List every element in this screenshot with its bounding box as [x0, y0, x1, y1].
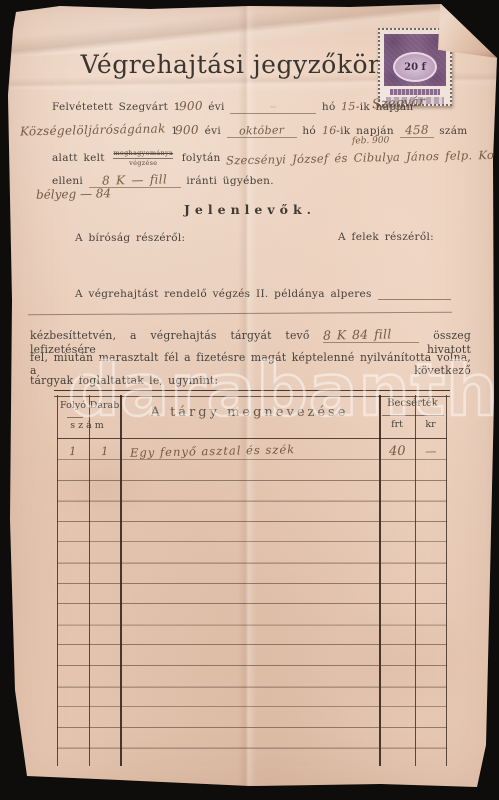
cell-description: [120, 605, 379, 624]
cell-darab: [89, 502, 120, 521]
printed-text: évi: [205, 125, 221, 137]
form-line-date: Felvétetett Szegvárt 1900 évi ~ hó 15-ik…: [52, 99, 414, 114]
cell-darab: [89, 625, 120, 644]
table-row: [57, 645, 447, 666]
cell-description: [120, 708, 379, 727]
form-line-authority: Községelöljáróságának 1900 évi október h…: [20, 123, 468, 138]
cell-kr: [415, 729, 447, 748]
body-paragraph-line3: tárgyak foglaltattak le, ugymint:: [30, 374, 471, 387]
header-subrule: [382, 415, 444, 416]
cell-kr: [415, 646, 447, 665]
cell-folyo: [57, 687, 89, 706]
handwritten-note: feb. 900: [352, 136, 390, 147]
handwritten-place: Szegvár: [372, 95, 426, 113]
parties-side-label: A felek részéről:: [338, 231, 434, 243]
dog-ear-corner-fold: [438, 2, 497, 59]
seizure-table: Folyó Darab szám A tárgy megnevezése Bec…: [57, 392, 447, 770]
cell-kr: [415, 543, 447, 562]
cell-frt: [379, 687, 415, 706]
cell-folyo: [57, 625, 89, 644]
option-kept: végzése: [113, 159, 173, 167]
cell-description: [120, 502, 379, 521]
cell-folyo: [57, 605, 89, 624]
cell-folyo: [57, 502, 89, 521]
cell-darab: 1: [89, 440, 120, 459]
cell-darab: [89, 543, 120, 562]
header-dash: [67, 417, 83, 418]
cell-description: [120, 646, 379, 665]
table-row: [57, 481, 447, 502]
cell-folyo: [57, 563, 89, 582]
cell-darab: [89, 584, 120, 603]
cell-darab: [89, 563, 120, 582]
table-row: [57, 687, 447, 708]
cell-description: [120, 563, 379, 582]
form-line-parties: alatt kelt meghagyománya végzése folytán…: [52, 149, 499, 167]
printed-text: Felvétetett Szegvárt 1: [52, 101, 181, 113]
cell-kr: [415, 708, 447, 727]
cell-folyo: [57, 646, 89, 665]
cell-frt: [379, 605, 415, 624]
cell-darab: [89, 522, 120, 541]
cell-darab: [89, 460, 120, 479]
col-header-folyo: Folyó: [57, 400, 89, 411]
col-header-targy: A tárgy megnevezése: [120, 405, 379, 420]
cell-folyo: [57, 584, 89, 603]
cell-kr: [415, 687, 447, 706]
table-row: [57, 728, 447, 749]
order-copy-line: A végrehajtást rendelő végzés II. példán…: [75, 288, 451, 300]
cell-folyo: 1: [57, 440, 89, 459]
printed-option-stack: meghagyománya végzése: [113, 149, 173, 167]
handwritten-authority: Községelöljáróságának: [20, 121, 166, 138]
printed-text: szám: [439, 125, 467, 137]
col-header-kr: kr: [415, 419, 446, 430]
cell-kr: —: [415, 440, 447, 459]
table-row: [57, 584, 447, 605]
printed-text: iránti ügyében.: [186, 175, 273, 187]
table-row: 1 1 Egy fenyő asztal és szék 40 —: [57, 440, 447, 461]
cell-frt: 40: [379, 440, 415, 459]
table-row: [57, 501, 447, 522]
cell-folyo: [57, 667, 89, 686]
cell-kr: [415, 625, 447, 644]
cell-description: [120, 482, 379, 501]
blank-fill-line: [378, 288, 451, 300]
cell-folyo: [57, 543, 89, 562]
cell-folyo: [57, 482, 89, 501]
printed-text: A végrehajtást rendelő végzés II. példán…: [75, 288, 372, 300]
printed-text: évi: [208, 101, 224, 113]
cell-frt: [379, 563, 415, 582]
cell-description: [120, 460, 379, 479]
cell-kr: [415, 563, 447, 582]
cell-folyo: [57, 729, 89, 748]
handwritten-number: 458: [405, 123, 429, 137]
table-top-border: [54, 390, 450, 397]
option-struck: meghagyománya: [113, 149, 173, 159]
cell-folyo: [57, 460, 89, 479]
handwritten-amount: 8 K — fill: [102, 172, 167, 187]
cell-description: [120, 522, 379, 541]
court-side-label: A bíróság részéről:: [75, 232, 185, 244]
scanned-document: { "page": { "title": "Végrehajtási jegyz…: [0, 0, 499, 800]
cell-frt: [379, 543, 415, 562]
handwritten-scribble: ~: [269, 102, 278, 113]
cell-description: [120, 625, 379, 644]
document-paper: Végrehajtási jegyzőkönyv. 20 f Felvétete…: [0, 0, 499, 800]
printed-text: folytán: [182, 152, 221, 164]
cell-frt: [379, 482, 415, 501]
cell-frt: [379, 729, 415, 748]
blank-month-field: ~: [230, 101, 316, 114]
cell-darab: [89, 646, 120, 665]
handwritten-sum: 8 K 84 fill: [323, 326, 392, 342]
section-heading-present: Jelenlevők.: [30, 202, 470, 217]
table-row: [57, 563, 447, 584]
printed-text: alatt kelt: [52, 152, 105, 164]
cell-kr: [415, 667, 447, 686]
cell-description: Egy fenyő asztal és szék: [120, 440, 379, 459]
handwritten-day: 15: [341, 100, 356, 113]
table-row: [57, 522, 447, 543]
table-row: [57, 667, 447, 688]
table-row: [57, 605, 447, 626]
horizontal-rule: [28, 312, 452, 316]
cell-frt: [379, 522, 415, 541]
handwritten-day: 16: [322, 124, 337, 137]
cell-description: [120, 543, 379, 562]
handwritten-party-names: Szecsényi József és Cibulya János felp. …: [226, 147, 499, 168]
table-body: 1 1 Egy fenyő asztal és szék 40 —: [57, 440, 447, 749]
cell-darab: [89, 605, 120, 624]
cell-darab: [89, 687, 120, 706]
handwritten-stamp-duty: bélyeg — 84: [36, 186, 111, 202]
col-header-frt: frt: [379, 419, 415, 430]
cell-kr: [415, 460, 447, 479]
cell-kr: [415, 522, 447, 541]
cell-description: [120, 584, 379, 603]
cell-darab: [89, 729, 120, 748]
col-header-becsertek: Becsérték: [379, 398, 446, 409]
handwritten-year: 900: [179, 99, 203, 113]
col-header-szam: szám: [57, 420, 120, 431]
printed-text: kézbesíttetvén, a végrehajtás tárgyát te…: [30, 329, 310, 342]
cell-frt: [379, 460, 415, 479]
table-row: [57, 460, 447, 481]
cell-frt: [379, 667, 415, 686]
printed-text: hó: [302, 125, 316, 137]
cell-kr: [415, 605, 447, 624]
table-row: [57, 707, 447, 728]
cell-darab: [89, 482, 120, 501]
printed-text: elleni: [52, 175, 83, 187]
stamp-value: 20 f: [393, 52, 437, 82]
cell-folyo: [57, 522, 89, 541]
cell-frt: [379, 584, 415, 603]
cell-frt: [379, 708, 415, 727]
cell-darab: [89, 667, 120, 686]
handwritten-month: október: [239, 124, 285, 138]
cell-kr: [415, 482, 447, 501]
col-header-darab: Darab: [89, 400, 120, 411]
table-row: [57, 625, 447, 646]
cell-frt: [379, 646, 415, 665]
printed-text: hó: [322, 101, 336, 113]
handwritten-year: 900: [175, 123, 199, 137]
cell-description: [120, 729, 379, 748]
cell-description: [120, 687, 379, 706]
cell-description: [120, 667, 379, 686]
table-row: [57, 543, 447, 564]
cell-folyo: [57, 708, 89, 727]
cell-kr: [415, 584, 447, 603]
cell-kr: [415, 502, 447, 521]
cell-frt: [379, 502, 415, 521]
cell-frt: [379, 625, 415, 644]
cell-darab: [89, 708, 120, 727]
